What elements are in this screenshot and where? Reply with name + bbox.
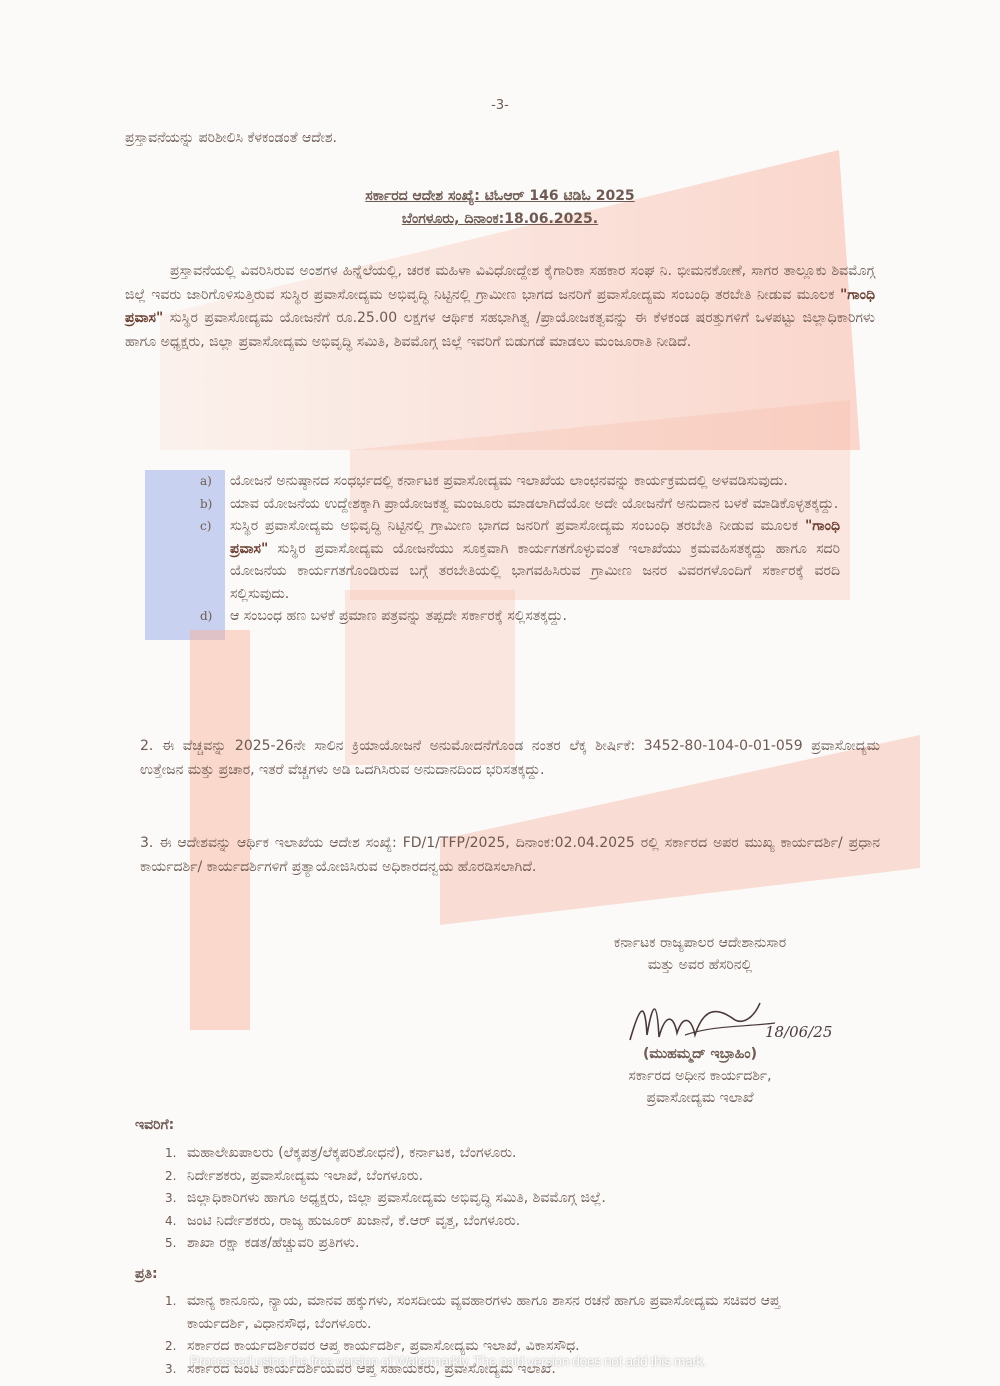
order-number: ಸರ್ಕಾರದ ಆದೇಶ ಸಂಖ್ಯೆ: ಟಿಓಆರ್ 146 ಟಿಡಿಓ 20… <box>365 188 634 204</box>
condition-item: c) ಸುಸ್ಥಿರ ಪ್ರವಾಸೋದ್ಯಮ ಅಭಿವೃದ್ಧಿ ನಿಟ್ಟಿನ… <box>200 515 840 605</box>
paragraph-3: 3. ಈ ಆದೇಶವನ್ನು ಆರ್ಥಿಕ ಇಲಾಖೆಯ ಆದೇಶ ಸಂಖ್ಯೆ… <box>140 832 880 879</box>
order-heading: ಸರ್ಕಾರದ ಆದೇಶ ಸಂಖ್ಯೆ: ಟಿಓಆರ್ 146 ಟಿಡಿಓ 20… <box>0 185 1000 231</box>
watermark-notice: Processed using the free version of Wate… <box>190 1353 830 1369</box>
recipient-item: 1.ಮಹಾಲೇಖಪಾಲರು (ಲೆಕ್ಕಪತ್ರ/ಲೆಕ್ಕಪರಿಶೋಧನೆ),… <box>165 1142 885 1165</box>
condition-item: a) ಯೋಜನೆ ಅನುಷ್ಠಾನದ ಸಂಧರ್ಭದಲ್ಲಿ ಕರ್ನಾಟಕ ಪ… <box>200 470 840 493</box>
signatory-block: (ಮುಹಮ್ಮದ್ ಇಬ್ರಾಹಿಂ) ಸರ್ಕಾರದ ಅಧೀನ ಕಾರ್ಯದರ… <box>520 1043 880 1109</box>
by-order-block: ಕರ್ನಾಟಕ ರಾಜ್ಯಪಾಲರ ಆದೇಶಾನುಸಾರ ಮತ್ತು ಅವರ ಹ… <box>520 932 880 976</box>
intro-line: ಪ್ರಸ್ತಾವನೆಯನ್ನು ಪರಿಶೀಲಿಸಿ ಕೆಳಕಂಡಂತೆ ಆದೇಶ… <box>125 126 337 150</box>
page-number: -3- <box>0 98 1000 113</box>
signature-date: 18/06/25 <box>765 1023 832 1041</box>
copies-heading: ಪ್ರತಿ: <box>135 1266 158 1282</box>
signatory-department: ಪ್ರವಾಸೋದ್ಯಮ ಇಲಾಖೆ <box>520 1087 880 1109</box>
copy-item: 1.ಮಾನ್ಯ ಕಾನೂನು, ನ್ಯಾಯ, ಮಾನವ ಹಕ್ಕುಗಳು, ಸಂ… <box>165 1290 815 1335</box>
conditions-list: a) ಯೋಜನೆ ಅನುಷ್ಠಾನದ ಸಂಧರ್ಭದಲ್ಲಿ ಕರ್ನಾಟಕ ಪ… <box>200 470 840 628</box>
condition-item: d) ಆ ಸಂಬಂಧ ಹಣ ಬಳಕೆ ಪ್ರಮಾಣ ಪತ್ರವನ್ನು ತಪ್ಪ… <box>200 605 840 628</box>
recipient-item: 3.ಜಿಲ್ಲಾಧಿಕಾರಿಗಳು ಹಾಗೂ ಅಧ್ಯಕ್ಷರು, ಜಿಲ್ಲಾ… <box>165 1187 885 1210</box>
main-paragraph: ಪ್ರಸ್ತಾವನೆಯಲ್ಲಿ ವಿವರಿಸಿರುವ ಅಂಶಗಳ ಹಿನ್ನೆಲ… <box>125 260 875 354</box>
watermark-shape <box>190 630 250 1030</box>
recipient-item: 2.ನಿರ್ದೇಶಕರು, ಪ್ರವಾಸೋದ್ಯಮ ಇಲಾಖೆ, ಬೆಂಗಳೂರ… <box>165 1165 885 1188</box>
order-date: ಬೆಂಗಳೂರು, ದಿನಾಂಕ:18.06.2025. <box>402 211 598 227</box>
recipients-heading: ಇವರಿಗೆ: <box>135 1117 174 1133</box>
signatory-designation: ಸರ್ಕಾರದ ಅಧೀನ ಕಾರ್ಯದರ್ಶಿ, <box>520 1065 880 1087</box>
condition-item: b) ಯಾವ ಯೋಜನೆಯ ಉದ್ದೇಶಕ್ಕಾಗಿ ಪ್ರಾಯೋಜಕತ್ವ ಮ… <box>200 493 840 516</box>
recipients-list: 1.ಮಹಾಲೇಖಪಾಲರು (ಲೆಕ್ಕಪತ್ರ/ಲೆಕ್ಕಪರಿಶೋಧನೆ),… <box>165 1142 885 1255</box>
recipient-item: 5.ಶಾಖಾ ರಕ್ಷಾ ಕಡತ/ಹೆಚ್ಚುವರಿ ಪ್ರತಿಗಳು. <box>165 1232 885 1255</box>
recipient-item: 4.ಜಂಟಿ ನಿರ್ದೇಶಕರು, ರಾಜ್ಯ ಹುಜೂರ್ ಖಜಾನೆ, ಕ… <box>165 1210 885 1233</box>
signatory-name: (ಮುಹಮ್ಮದ್ ಇಬ್ರಾಹಿಂ) <box>520 1043 880 1065</box>
paragraph-2: 2. ಈ ವೆಚ್ಚವನ್ನು 2025-26ನೇ ಸಾಲಿನ ಕ್ರಿಯಾಯೋ… <box>140 735 880 782</box>
